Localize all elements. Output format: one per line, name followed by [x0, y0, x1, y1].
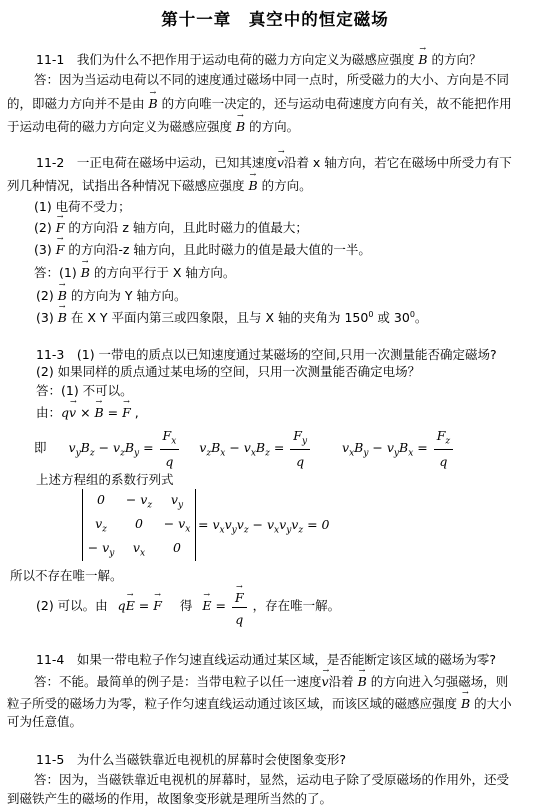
q5-question: 11-5 为什么当磁铁靠近电视机的屏幕时会使图象变形?	[36, 750, 346, 768]
chapter-title: 第十一章 真空中的恒定磁场	[0, 6, 550, 30]
determinant-matrix: 0− vzvy vz0− vx − vyvx0	[82, 489, 196, 561]
q2-answer3: (3) B 在 X Y 平面内第三或四象限，且与 X 轴的夹角为 1500 或 …	[36, 308, 427, 326]
q1-answer-line1: 答：因为当运动电荷以不同的速度通过磁场中同一点时，所受磁力的大小、方向是不同	[34, 70, 509, 88]
q3-coefficient-label: 上述方程组的系数行列式	[36, 470, 174, 488]
q2-case3: (3) F 的方向沿-z 轴方向，且此时磁力的值是最大值的一半。	[34, 240, 371, 258]
q5-answer-line1: 答：因为，当磁铁靠近电视机的屏幕时，显然，运动电子除了受原磁场的作用外，还受	[34, 770, 509, 788]
q3-question-line1: 11-3 (1) 一带电的质点以已知速度通过某磁场的空间,只用一次测量能否确定磁…	[36, 345, 497, 363]
q2-case2: (2) F 的方向沿 z 轴方向，且此时磁力的值最大；	[34, 218, 308, 236]
q3-question-line2: (2) 如果同样的质点通过某电场的空间，只用一次测量能否确定电场？	[36, 362, 420, 380]
vector-b: B	[418, 52, 427, 67]
q4-question: 11-4 如果一带电粒子作匀速直线运动通过某区域，是否能断定该区域的磁场为零?	[36, 650, 496, 668]
q4-answer-line2: 粒子所受的磁场力为零，粒子作匀速直线运动通过该区域，而该区域的磁感应强度 B 的…	[7, 694, 512, 712]
q3-answer1: 答：(1) 不可以。	[36, 381, 133, 399]
q4-answer-line3: 可为任意值。	[7, 712, 82, 730]
q5-answer-line2: 到磁铁产生的磁场的作用，故图象变形就是理所当然的了。	[7, 789, 332, 807]
q3-no-unique: 所以不存在唯一解。	[10, 566, 123, 584]
q3-component-eqs: 即 vyBz − vzBy = Fxq vzBx − vxBz = Fyq vx…	[34, 428, 455, 469]
q1-answer-line3: 于运动电荷的磁力方向定义为磁感应强度 B 的方向。	[7, 117, 299, 135]
q1-question: 11-1 我们为什么不把作用于运动电荷的磁力方向定义为磁感应强度 B 的方向？	[36, 50, 482, 68]
q2-question-line1: 11-2 一正电荷在磁场中运动，已知其速度v沿着 x 轴方向，若它在磁场中所受力…	[36, 153, 512, 171]
q2-question-line2: 列几种情况，试指出各种情况下磁感应强度 B 的方向。	[7, 176, 312, 194]
q1-answer-line2: 的，即磁力方向并不是由 B 的方向唯一决定的，还与运动电荷速度方向有关，故不能把…	[7, 94, 512, 112]
q4-answer-line1: 答：不能。最简单的例子是：当带电粒子以任一速度v沿着 B 的方向进入匀强磁场，则	[34, 672, 508, 690]
q3-lorentz-eq: 由：qv × B = F ,	[36, 403, 139, 421]
q2-case1: (1) 电荷不受力；	[34, 197, 131, 215]
q3-answer2: (2) 可以。由 qE = F 得 E = Fq ，存在唯一解。	[36, 590, 340, 627]
q2-answer1: 答：(1) B 的方向平行于 X 轴方向。	[34, 263, 235, 281]
determinant-result: = vxvyvz − vxvyvz = 0	[198, 517, 329, 536]
